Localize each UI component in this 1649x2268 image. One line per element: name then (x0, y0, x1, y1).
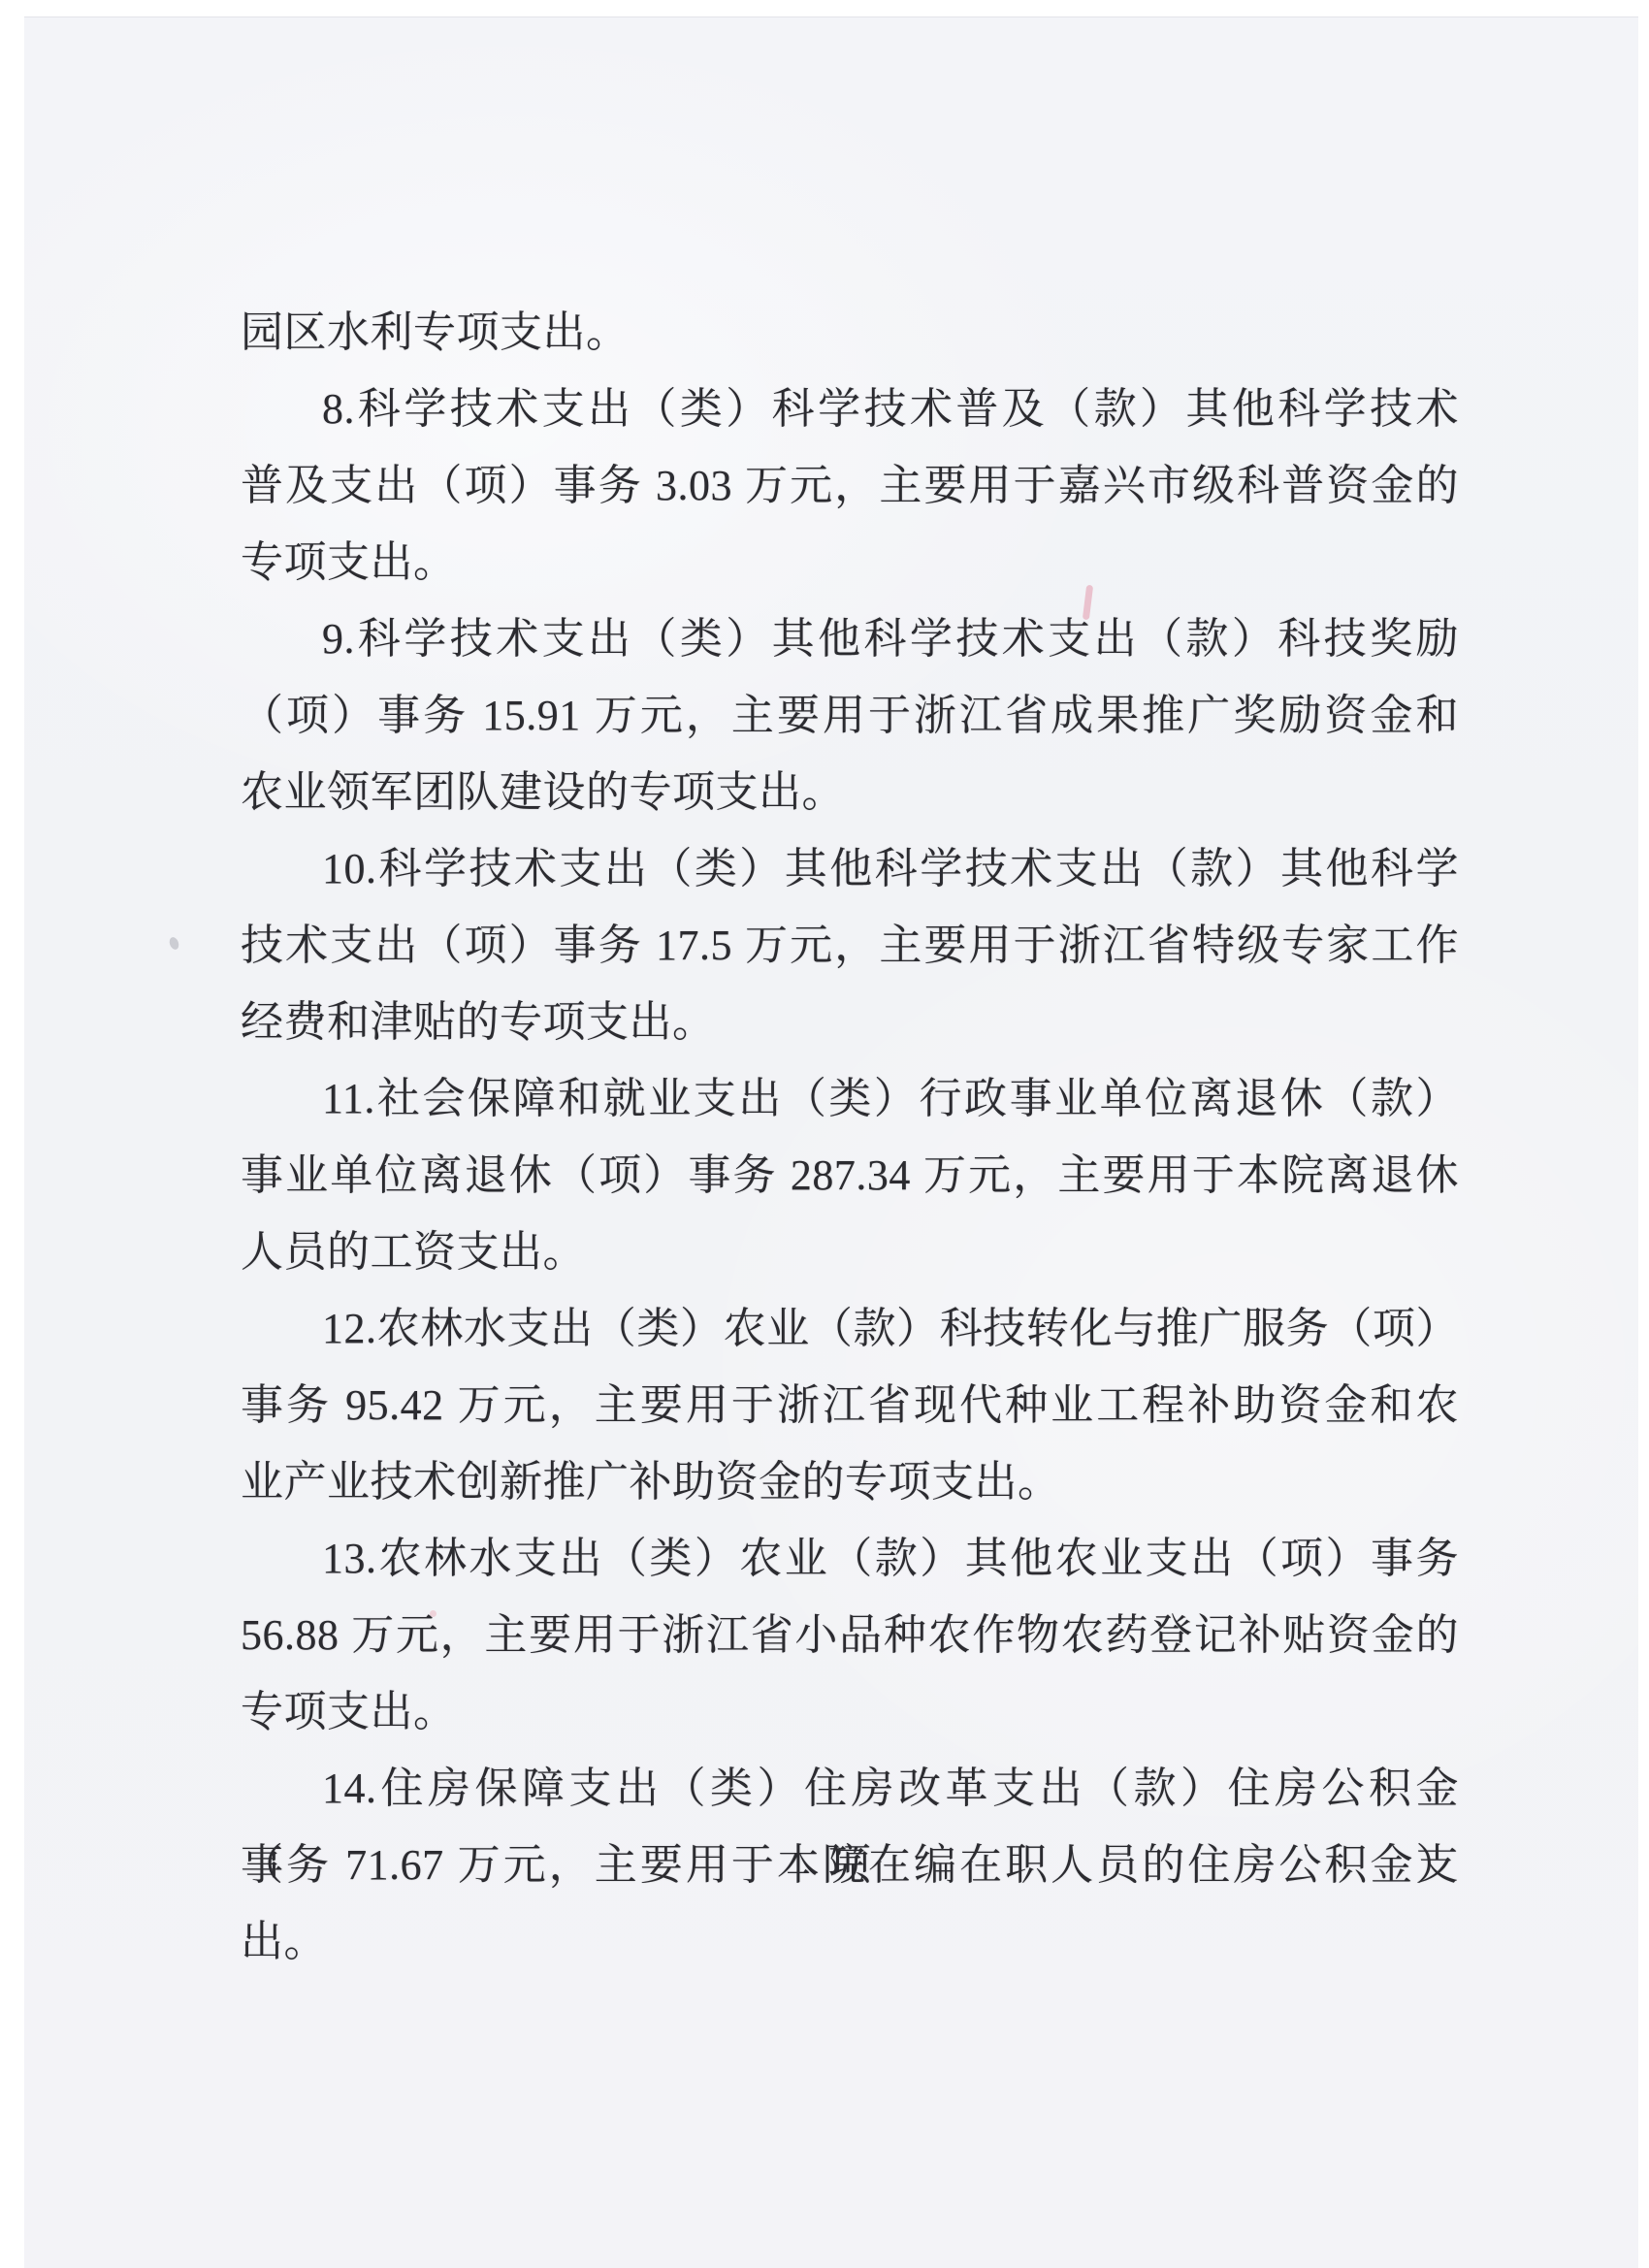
text-line: 技术支出（项）事务 17.5 万元，主要用于浙江省特级专家工作 (241, 907, 1459, 984)
text-line: 9.科学技术支出（类）其他科学技术支出（款）科技奖励 (241, 600, 1459, 677)
text-line: 园区水利专项支出。 (241, 294, 1459, 371)
text-line: 业产业技术创新推广补助资金的专项支出。 (241, 1443, 1459, 1520)
text-line: 11.社会保障和就业支出（类）行政事业单位离退休（款） (241, 1060, 1459, 1137)
text-line: 事业单位离退休（项）事务 287.34 万元，主要用于本院离退休 (241, 1137, 1459, 1214)
text-line: 农业领军团队建设的专项支出。 (241, 754, 1459, 830)
text-line: 12.农林水支出（类）农业（款）科技转化与推广服务（项） (241, 1290, 1459, 1367)
text-line: 10.科学技术支出（类）其他科学技术支出（款）其他科学 (241, 830, 1459, 907)
text-line: 专项支出。 (241, 1673, 1459, 1750)
text-line: 专项支出。 (241, 524, 1459, 600)
document-body-text: 园区水利专项支出。8.科学技术支出（类）科学技术普及（款）其他科学技术普及支出（… (241, 294, 1459, 1980)
text-line: 14.住房保障支出（类）住房改革支出（款）住房公积金（项） (241, 1750, 1459, 1827)
text-line: 56.88 万元，主要用于浙江省小品种农作物农药登记补贴资金的 (241, 1597, 1459, 1673)
text-line: 事务 71.67 万元，主要用于本院在编在职人员的住房公积金支 (241, 1827, 1459, 1903)
text-line: 经费和津贴的专项支出。 (241, 984, 1459, 1060)
text-line: 出。 (241, 1903, 1459, 1980)
scan-artifact-grey-speck-icon (168, 936, 180, 951)
scanned-document: { "document": { "kind": "scanned budget … (0, 0, 1649, 2268)
text-line: 普及支出（项）事务 3.03 万元，主要用于嘉兴市级科普资金的 (241, 447, 1459, 524)
text-line: （项）事务 15.91 万元，主要用于浙江省成果推广奖励资金和 (241, 677, 1459, 754)
text-line: 人员的工资支出。 (241, 1214, 1459, 1290)
text-line: 13.农林水支出（类）农业（款）其他农业支出（项）事务 (241, 1520, 1459, 1597)
text-line: 事务 95.42 万元，主要用于浙江省现代种业工程补助资金和农 (241, 1367, 1459, 1443)
text-line: 8.科学技术支出（类）科学技术普及（款）其他科学技术 (241, 371, 1459, 447)
